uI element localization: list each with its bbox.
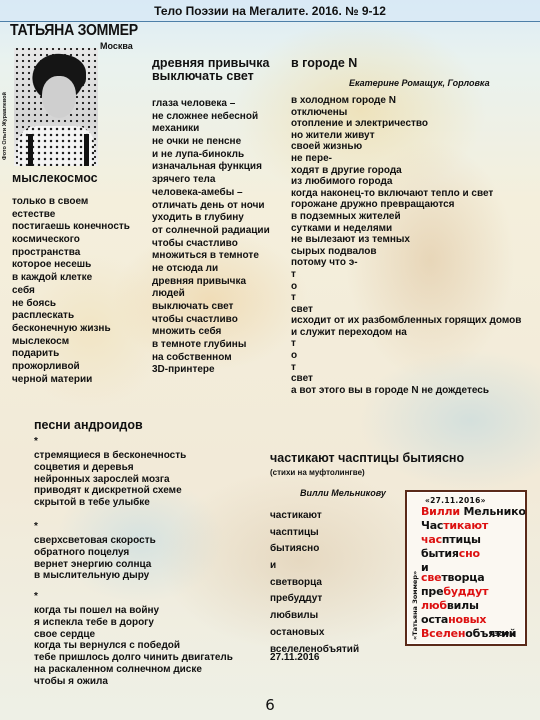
poem-line: не боясь bbox=[12, 298, 130, 311]
poem-title-pesni-androidov: песни андроидов bbox=[34, 419, 143, 432]
poem-line: себя bbox=[12, 285, 130, 298]
card-line: Вилли Мельникову bbox=[421, 506, 527, 518]
poem-line: тебе пришлось долго чинить двигатель bbox=[34, 652, 233, 664]
poem-line: и bbox=[270, 558, 359, 575]
poem-line: пребуддут bbox=[270, 591, 359, 608]
poem-line: подарить bbox=[12, 348, 130, 361]
poem-body-drevnyaya-privychka: глаза человека –не сложнее небесноймехан… bbox=[152, 98, 270, 377]
poem-line: свет bbox=[291, 373, 521, 385]
poem-line: когда ты пошел на войну bbox=[34, 605, 233, 617]
author-name: ТАТЬЯНА ЗОММЕР bbox=[10, 22, 138, 40]
poem-line: пространства bbox=[12, 247, 130, 260]
poem-line: постигаешь конечность bbox=[12, 221, 130, 234]
stanza-marker: * bbox=[34, 436, 186, 448]
poem-line: не пере- bbox=[291, 153, 521, 165]
poem-line: свое сердце bbox=[34, 629, 233, 641]
poem-line: зрячего тела bbox=[152, 174, 270, 187]
poem-line: о bbox=[291, 281, 521, 293]
poem-body-myslekosmos: только в своеместествепостигаешь конечно… bbox=[12, 196, 130, 386]
poem-line: выключать свет bbox=[152, 301, 270, 314]
poem-line: из любимого города bbox=[291, 176, 521, 188]
card-date: «27.11.2016» bbox=[425, 496, 486, 505]
poem-line: чтобы счастливо bbox=[152, 314, 270, 327]
page-number: 6 bbox=[0, 696, 540, 714]
poem-line: людей bbox=[152, 288, 270, 301]
card-line: Частикают bbox=[421, 520, 488, 532]
poem-line: 3D-принтере bbox=[152, 364, 270, 377]
poem-line: не очки не пенсне bbox=[152, 136, 270, 149]
poem-line: в холодном городе N bbox=[291, 95, 521, 107]
poem-line: когда наконец-то включают тепло и свет bbox=[291, 188, 521, 200]
poem-title-drevnyaya-privychka: древняя привычка выключать свет bbox=[152, 57, 270, 83]
poem-line: в мыслительную дыру bbox=[34, 570, 156, 582]
poem-line: светворца bbox=[270, 575, 359, 592]
poem-line: часптицы bbox=[270, 525, 359, 542]
card-line: Вселенобъятий bbox=[421, 628, 516, 640]
photo-credit: Фото Ольги Журавлевой bbox=[2, 92, 8, 160]
poem-body-v-gorode-n: в холодном городе Nотключеныотопление и … bbox=[291, 95, 521, 396]
poem-date: 27.11.2016 bbox=[270, 652, 320, 663]
author-city: Москва bbox=[100, 41, 133, 51]
card-line: светворца bbox=[421, 572, 485, 584]
poem-line: сутками и неделями bbox=[291, 223, 521, 235]
poem-dedication-v-gorode-n: Екатерине Ромащук, Горловка bbox=[349, 78, 490, 88]
poem-line: стремящиеся в бесконечность bbox=[34, 450, 186, 462]
poem-line: частикают bbox=[270, 508, 359, 525]
card-author-signature-vertical: «Татьяна Зоммер» bbox=[411, 571, 419, 640]
poem-line: сырых подвалов bbox=[291, 246, 521, 258]
poem-line: естестве bbox=[12, 209, 130, 222]
poem-line: сверхсветовая скорость bbox=[34, 535, 156, 547]
poem-line: т bbox=[291, 338, 521, 350]
poem-line: о bbox=[291, 350, 521, 362]
poem-line: механики bbox=[152, 123, 270, 136]
card-line: пребуддут bbox=[421, 586, 488, 598]
poem-line: изначальная функция bbox=[152, 161, 270, 174]
poem-line: в темноте глубины bbox=[152, 339, 270, 352]
poem-line: чтобы я ожила bbox=[34, 676, 233, 688]
stanza: *когда ты пошел на войнуя испекла тебе в… bbox=[34, 591, 233, 688]
stanza: *стремящиеся в бесконечностьсоцветия и д… bbox=[34, 436, 186, 509]
poem-subtitle-chastikayut: (стихи на муфтолингве) bbox=[270, 468, 365, 477]
poem-line: множить себя bbox=[152, 326, 270, 339]
poem-line: нейронных зарослей мозга bbox=[34, 474, 186, 486]
stanza-marker: * bbox=[34, 521, 156, 533]
poem-line: космического bbox=[12, 234, 130, 247]
author-photo bbox=[14, 48, 98, 166]
poem-line: от солнечной радиации bbox=[152, 225, 270, 238]
poem-line: только в своем bbox=[12, 196, 130, 209]
poem-line: т bbox=[291, 362, 521, 374]
poem-line: соцветия и деревья bbox=[34, 462, 186, 474]
poem-line: бесконечную жизнь bbox=[12, 323, 130, 336]
poem-line: т bbox=[291, 269, 521, 281]
journal-title: Тело Поэзии на Мегалите. 2016. № 9-12 bbox=[154, 4, 386, 18]
poem-line: вернет энергию солнца bbox=[34, 559, 156, 571]
poem-line: я испекла тебе в дорогу bbox=[34, 617, 233, 629]
poem-line: обратного поцелуя bbox=[34, 547, 156, 559]
poem-line: на собственном bbox=[152, 352, 270, 365]
poem-line: любвилы bbox=[270, 608, 359, 625]
poem-line: расплескать bbox=[12, 310, 130, 323]
stanza-marker: * bbox=[34, 591, 233, 603]
poem-line: глаза человека – bbox=[152, 98, 270, 111]
poem-line: своей жизнью bbox=[291, 141, 521, 153]
poem-line: т bbox=[291, 292, 521, 304]
handwritten-poem-card: «27.11.2016» «Татьяна Зоммер» ТЗомм Вилл… bbox=[405, 490, 527, 646]
poem-line: горожане дружно превращаются bbox=[291, 199, 521, 211]
poem-line: исходит от их разбомбленных горящих домо… bbox=[291, 315, 521, 327]
poem-line: не вылезают из темных bbox=[291, 234, 521, 246]
poem-line: отключены bbox=[291, 107, 521, 119]
poem-line: приводят к дискретной схеме bbox=[34, 485, 186, 497]
poem-line: множиться в темноте bbox=[152, 250, 270, 263]
poem-line: и служит переходом на bbox=[291, 327, 521, 339]
poem-line: отличать день от ночи bbox=[152, 200, 270, 213]
poem-line: и не лупа-бинокль bbox=[152, 149, 270, 162]
poem-title-chastikayut: частикают часптицы бытиясно bbox=[270, 452, 464, 465]
poem-line: в подземных жителей bbox=[291, 211, 521, 223]
poem-line: которое несешь bbox=[12, 259, 130, 272]
stanza: *сверхсветовая скоростьобратного поцелуя… bbox=[34, 521, 156, 582]
card-line: остановых bbox=[421, 614, 486, 626]
card-line: любвилы bbox=[421, 600, 479, 612]
poem-title-myslekosmos: мыслекосмос bbox=[12, 172, 98, 185]
poem-line: не сложнее небесной bbox=[152, 111, 270, 124]
poem-line: а вот этого вы в городе N не дождетесь bbox=[291, 385, 521, 397]
poem-line: на раскаленном солнечном диске bbox=[34, 664, 233, 676]
journal-header: Тело Поэзии на Мегалите. 2016. № 9-12 bbox=[0, 0, 540, 21]
poem-line: но жители живут bbox=[291, 130, 521, 142]
poem-line: мыслекосм bbox=[12, 336, 130, 349]
poem-line: в каждой клетке bbox=[12, 272, 130, 285]
poem-line: остановых bbox=[270, 625, 359, 642]
poem-title-v-gorode-n: в городе N bbox=[291, 57, 357, 70]
card-line: часптицы bbox=[421, 534, 481, 546]
poem-line: древняя привычка bbox=[152, 276, 270, 289]
poem-line: ходят в другие города bbox=[291, 165, 521, 177]
poem-body-chastikayut: частикаютчасптицыбытиясноисветворцапребу… bbox=[270, 508, 359, 658]
card-line: бытиясно bbox=[421, 548, 480, 560]
poem-line: уходить в глубину bbox=[152, 212, 270, 225]
poem-dedication-chastikayut: Вилли Мельникову bbox=[300, 488, 386, 498]
poem-line: не отсюда ли bbox=[152, 263, 270, 276]
poem-line: человека-амебы – bbox=[152, 187, 270, 200]
poem-line: бытиясно bbox=[270, 541, 359, 558]
poem-line: потому что э- bbox=[291, 257, 521, 269]
poem-line: отопление и электричество bbox=[291, 118, 521, 130]
poem-line: когда ты вернулся с победой bbox=[34, 640, 233, 652]
poem-line: черной материи bbox=[12, 374, 130, 387]
poem-line: свет bbox=[291, 304, 521, 316]
poem-line: чтобы счастливо bbox=[152, 238, 270, 251]
poem-line: прожорливой bbox=[12, 361, 130, 374]
poem-line: скрытой в тебе улыбке bbox=[34, 497, 186, 509]
